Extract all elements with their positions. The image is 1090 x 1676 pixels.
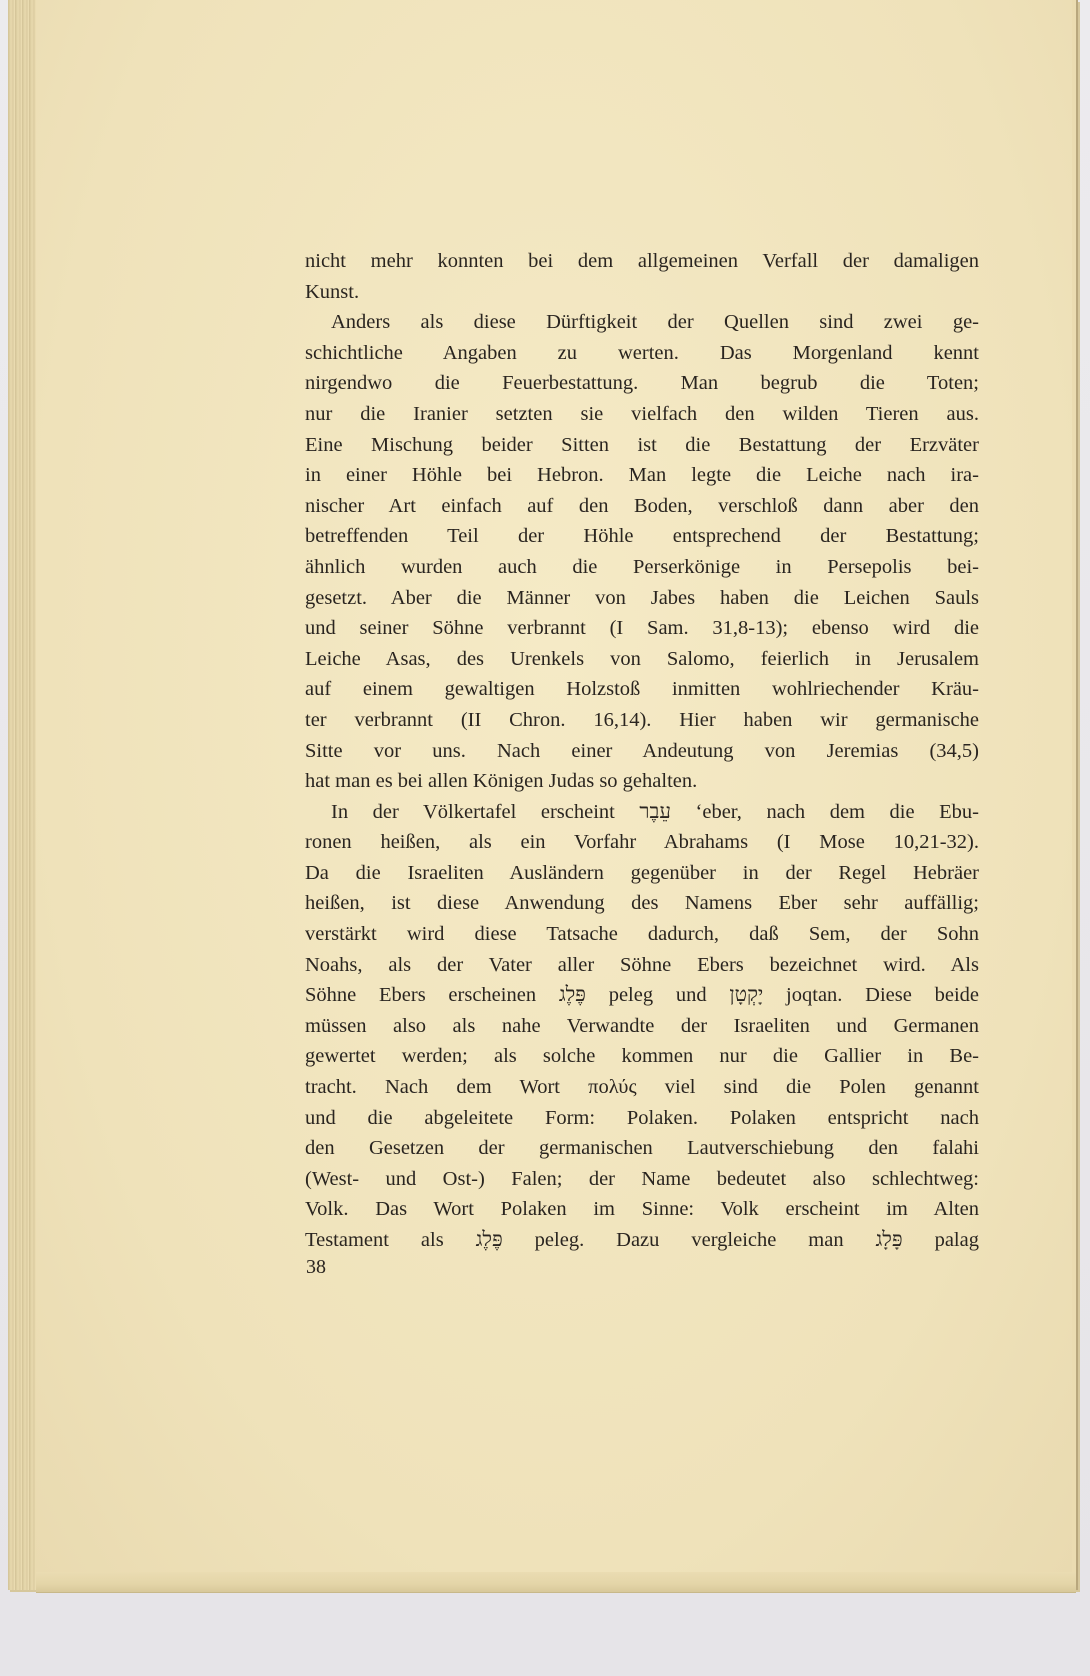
text-line: nur die Iranier setzten sie vielfach den…: [305, 399, 979, 430]
text-line: Testament als פֶּלֶג peleg. Dazu verglei…: [305, 1225, 979, 1256]
text-line: nicht mehr konnten bei dem allgemeinen V…: [305, 246, 979, 277]
text-line: auf einem gewaltigen Holzstoß inmitten w…: [305, 674, 979, 705]
page-bottom-edge: [36, 1572, 1076, 1593]
text-line: Eine Mischung beider Sitten ist die Best…: [305, 430, 979, 461]
body-text: nicht mehr konnten bei dem allgemeinen V…: [305, 246, 979, 1256]
text-line: betreffenden Teil der Höhle entsprechend…: [305, 521, 979, 552]
text-line: Volk. Das Wort Polaken im Sinne: Volk er…: [305, 1194, 979, 1225]
text-line: verstärkt wird diese Tatsache dadurch, d…: [305, 919, 979, 950]
text-line: ronen heißen, als ein Vorfahr Abrahams (…: [305, 827, 979, 858]
text-line: den Gesetzen der germanischen Lautversch…: [305, 1133, 979, 1164]
text-line: Noahs, als der Vater aller Söhne Ebers b…: [305, 950, 979, 981]
text-line: ter verbrannt (II Chron. 16,14). Hier ha…: [305, 705, 979, 736]
text-line: Sitte vor uns. Nach einer Andeutung von …: [305, 736, 979, 767]
text-line: ähnlich wurden auch die Perserkönige in …: [305, 552, 979, 583]
text-line: Söhne Ebers erscheinen פֶּלֶג peleg und …: [305, 980, 979, 1011]
text-line: und seiner Söhne verbrannt (I Sam. 31,8-…: [305, 613, 979, 644]
text-line: müssen also als nahe Verwandte der Israe…: [305, 1011, 979, 1042]
text-line: nischer Art einfach auf den Boden, versc…: [305, 491, 979, 522]
text-line: Anders als diese Dürftigkeit der Quellen…: [305, 307, 979, 338]
page-edges: [8, 0, 38, 1590]
text-line: in einer Höhle bei Hebron. Man legte die…: [305, 460, 979, 491]
text-line: tracht. Nach dem Wort πολύς viel sind di…: [305, 1072, 979, 1103]
text-line: gewertet werden; als solche kommen nur d…: [305, 1041, 979, 1072]
text-line: gesetzt. Aber die Männer von Jabes haben…: [305, 583, 979, 614]
text-line: nirgendwo die Feuerbestattung. Man begru…: [305, 368, 979, 399]
text-line: (West- und Ost-) Falen; der Name bedeute…: [305, 1164, 979, 1195]
text-line: heißen, ist diese Anwendung des Namens E…: [305, 888, 979, 919]
text-line: In der Völkertafel erscheint עֵבֶר ‘eber…: [305, 797, 979, 828]
text-line: Da die Israeliten Ausländern gegenüber i…: [305, 858, 979, 889]
text-line: hat man es bei allen Königen Judas so ge…: [305, 766, 979, 797]
text-line: und die abgeleitete Form: Polaken. Polak…: [305, 1103, 979, 1134]
text-line: schichtliche Angaben zu werten. Das Morg…: [305, 338, 979, 369]
text-line: Kunst.: [305, 277, 979, 308]
page-number: 38: [306, 1256, 326, 1279]
text-line: Leiche Asas, des Urenkels von Salomo, fe…: [305, 644, 979, 675]
